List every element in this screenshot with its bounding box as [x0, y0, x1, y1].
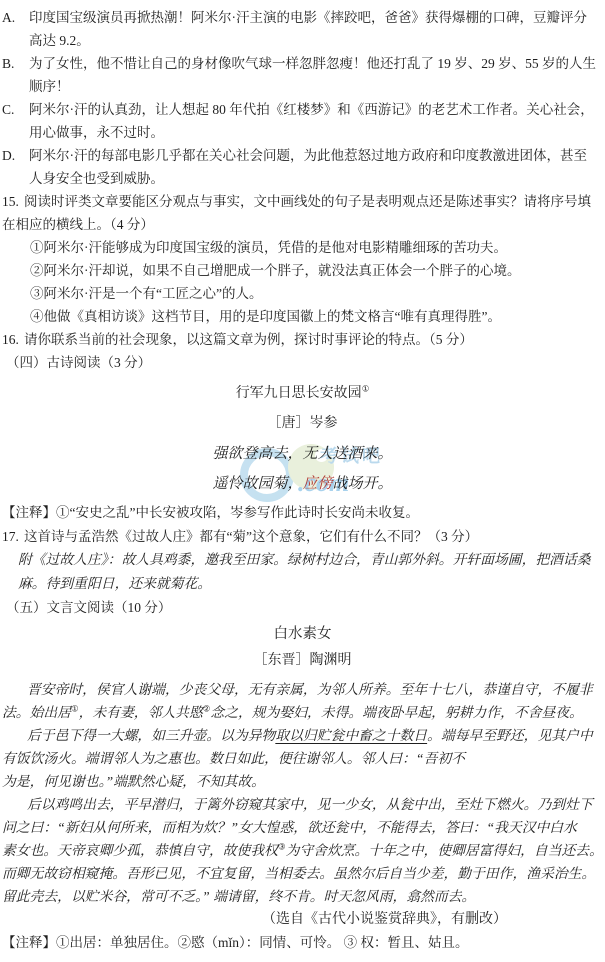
poem-author: ［唐］岑参: [2, 409, 603, 439]
passage-p1-line1: 晋安帝时，侯官人谢端，少丧父母，无有亲属，为邻人所养。至年十七八，恭谨自守，不履…: [2, 678, 603, 701]
option-a-label: A.: [2, 6, 29, 52]
p2-l1-seg: 后于邑下得一大螺，如三升壶。以为异物: [27, 728, 275, 743]
option-d-label: D.: [2, 144, 29, 190]
poem-title-note-marker: ①: [362, 383, 370, 393]
p1-l2-seg: 念之，规为娶妇，未得。端夜卧早起，躬耕力作，不舍昼夜。: [210, 705, 583, 720]
statement-3: ③阿米尔·汗是一个有“工匠之心”的人。: [2, 282, 603, 305]
p1-l2-seg: ，未有妻，邻人共愍: [79, 705, 203, 720]
option-c-label: C.: [2, 98, 29, 144]
passage-p3-line5: 留此壳去，以贮米谷，常可不乏。” 端请留，终不肯。时天忽风雨，翕然而去。: [2, 885, 603, 908]
exam-content: A. 印度国宝级演员再掀热潮！阿米尔·汗主演的电影《摔跤吧，爸爸》获得爆棚的口碑…: [0, 0, 605, 955]
option-c: C. 阿米尔·汗的认真劲，让人想起 80 年代拍《红楼梦》和《西游记》的老艺术工…: [2, 98, 603, 144]
passage-p3-line1: 后以鸡鸣出去，平早潜归，于篱外窃窥其家中，见一少女，从瓮中出，至灶下燃火。乃到灶…: [2, 793, 603, 816]
option-a-line1: 印度国宝级演员再掀热潮！阿米尔·汗主演的电影《摔跤吧，爸爸》获得爆棚的口碑，豆瓣…: [29, 6, 603, 29]
passage-p3-line4: 而卿无故窃相窥掩。吾形已见，不宜复留，当相委去。虽然尔后自当少差，勤于田作，渔采…: [2, 862, 603, 885]
poem-footnote: 【注释】①“安史之乱”中长安被攻陷，岑参写作此诗时长安尚未收复。: [2, 501, 603, 525]
p2-l1-seg: 。端每早至野还，见其户中: [427, 728, 593, 743]
option-d-line1: 阿米尔·汗的每部电影几乎都在关心社会问题，为此他惹怒过地方政府和印度教激进团体，…: [29, 144, 603, 167]
question-15-line1: 阅读时评类文章要能区分观点与事实，文中画线处的句子是表明观点还是陈述事实？请将序…: [24, 190, 591, 213]
question-17-text: 这首诗与孟浩然《过故人庄》都有“菊”这个意象，它们有什么不同？（3 分）: [24, 525, 478, 548]
poem-verse-1: 强欲登高去，无人送酒来。: [2, 439, 603, 469]
section-4-heading: （四）古诗阅读（3 分）: [2, 351, 603, 374]
statement-2: ②阿米尔·汗却说，如果不自己增肥成一个胖子，就没法真正体会一个胖子的心境。: [2, 259, 603, 282]
passage-p3-line3: 素女也。天帝哀卿少孤，恭慎自守，故使我权③为守舍炊烹。十年之中，使卿居富得妇，自…: [2, 839, 603, 862]
underlined-phrase: 取以归贮瓮中畜之十数日: [275, 728, 427, 743]
option-b-line2: 顺序！: [29, 75, 603, 98]
poem-verse-2-post: 战场开。: [333, 476, 393, 492]
option-b-label: B.: [2, 52, 29, 98]
p1-l2-seg: 法。始出居: [2, 705, 71, 720]
option-a-line2: 高达 9.2。: [29, 29, 603, 52]
statement-4: ④他做《真相访谈》这档节目，用的是印度国徽上的梵文格言“唯有真理得胜”。: [2, 305, 603, 328]
question-17-number: 17.: [2, 525, 24, 548]
poem-verse-2-pre: 遥怜故园菊，: [212, 476, 302, 492]
prose-title: 白水素女: [2, 621, 603, 647]
option-d: D. 阿米尔·汗的每部电影几乎都在关心社会问题，为此他惹怒过地方政府和印度教激进…: [2, 144, 603, 190]
option-b: B. 为了女性，他不惜让自己的身材像吹气球一样忽胖忽瘦！他还打乱了 19 岁、2…: [2, 52, 603, 98]
p3-l3-seg: 素女也。天帝哀卿少孤，恭慎自守，故使我权: [2, 843, 278, 858]
passage-footnotes: 【注释】①出居：单独居住。②愍（mǐn）：同情、可怜。 ③ 权：暂且、姑且。: [2, 931, 603, 955]
option-a: A. 印度国宝级演员再掀热潮！阿米尔·汗主演的电影《摔跤吧，爸爸》获得爆棚的口碑…: [2, 6, 603, 52]
question-17: 17. 这首诗与孟浩然《过故人庄》都有“菊”这个意象，它们有什么不同？（3 分）: [2, 525, 603, 548]
footnote-marker-1: ①: [71, 703, 79, 713]
appendix-poem-line1: 附《过故人庄》：故人具鸡黍，邀我至田家。绿树村边合，青山郭外斜。开轩面场圃，把酒…: [2, 548, 603, 572]
poem-title: 行军九日思长安故园①: [2, 379, 603, 409]
option-b-line1: 为了女性，他不惜让自己的身材像吹气球一样忽胖忽瘦！他还打乱了 19 岁、29 岁…: [29, 52, 603, 75]
exam-paper-page: 考试吧 .com A. 印度国宝级演员再掀热潮！阿米尔·汗主演的电影《摔跤吧，爸…: [0, 0, 605, 962]
passage-p2-line1: 后于邑下得一大螺，如三升壶。以为异物取以归贮瓮中畜之十数日。端每早至野还，见其户…: [2, 724, 603, 747]
poem-verse-2-highlight: 应傍: [302, 476, 332, 492]
section-5-heading: （五）文言文阅读（10 分）: [2, 596, 603, 619]
question-16: 16. 请你联系当前的社会现象，以这篇文章为例，探讨时事评论的特点。（5 分）: [2, 328, 603, 351]
question-16-number: 16.: [2, 328, 24, 351]
footnote-marker-3: ③: [278, 841, 286, 851]
question-15: 15. 阅读时评类文章要能区分观点与事实，文中画线处的句子是表明观点还是陈述事实…: [2, 190, 603, 213]
question-16-text: 请你联系当前的社会现象，以这篇文章为例，探讨时事评论的特点。（5 分）: [24, 328, 473, 351]
prose-passage: 晋安帝时，侯官人谢端，少丧父母，无有亲属，为邻人所养。至年十七八，恭谨自守，不履…: [2, 678, 603, 908]
passage-p1-line2: 法。始出居①，未有妻，邻人共愍②念之，规为娶妇，未得。端夜卧早起，躬耕力作，不舍…: [2, 701, 603, 724]
p3-l3-seg: 为守舍炊烹。十年之中，使卿居富得妇，自当还去。: [286, 843, 603, 858]
poem-block: 行军九日思长安故园① ［唐］岑参 强欲登高去，无人送酒来。 遥怜故园菊，应傍战场…: [2, 379, 603, 499]
prose-author: ［东晋］陶渊明: [2, 647, 603, 675]
option-c-line1: 阿米尔·汗的认真劲，让人想起 80 年代拍《红楼梦》和《西游记》的老艺术工作者。…: [29, 98, 603, 121]
passage-p2-line2: 有饭饮汤火。端谓邻人为之惠也。数日如此，便往谢邻人。邻人曰：“吾初不: [2, 747, 603, 770]
option-c-line2: 用心做事，永不过时。: [29, 121, 603, 144]
appendix-poem-line2: 麻。待到重阳日，还来就菊花。: [2, 572, 603, 596]
poem-title-text: 行军九日思长安故园: [236, 386, 362, 401]
poem-verse-2: 遥怜故园菊，应傍战场开。: [2, 469, 603, 499]
statement-1: ①阿米尔·汗能够成为印度国宝级的演员，凭借的是他对电影精雕细琢的苦功夫。: [2, 236, 603, 259]
option-d-line2: 人身安全也受到威胁。: [29, 167, 603, 190]
passage-source: （选自《古代小说鉴赏辞典》，有删改）: [2, 908, 603, 931]
question-15-number: 15.: [2, 190, 24, 213]
question-15-line2: 在相应的横线上。（4 分）: [2, 213, 603, 236]
passage-p2-line3: 为是，何见谢也。”端默然心疑，不知其故。: [2, 770, 603, 793]
passage-p3-line2: 问之曰：“新妇从何所来，而相为炊？”女大惶惑，欲还瓮中，不能得去，答曰：“我天汉…: [2, 816, 603, 839]
